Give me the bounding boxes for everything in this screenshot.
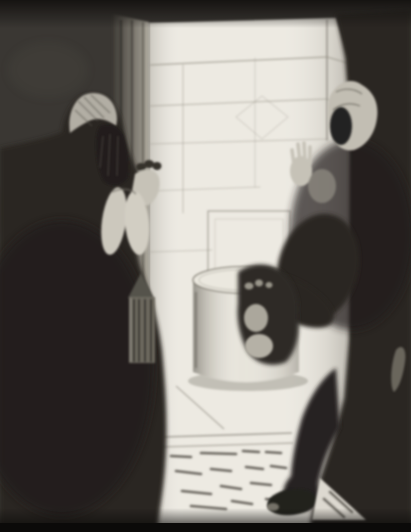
top-dark-band xyxy=(0,0,411,28)
bottom-border xyxy=(0,523,411,532)
right-figure-face xyxy=(330,107,352,145)
artwork-frame xyxy=(0,0,411,532)
illustration-doorway-scene xyxy=(0,0,411,532)
